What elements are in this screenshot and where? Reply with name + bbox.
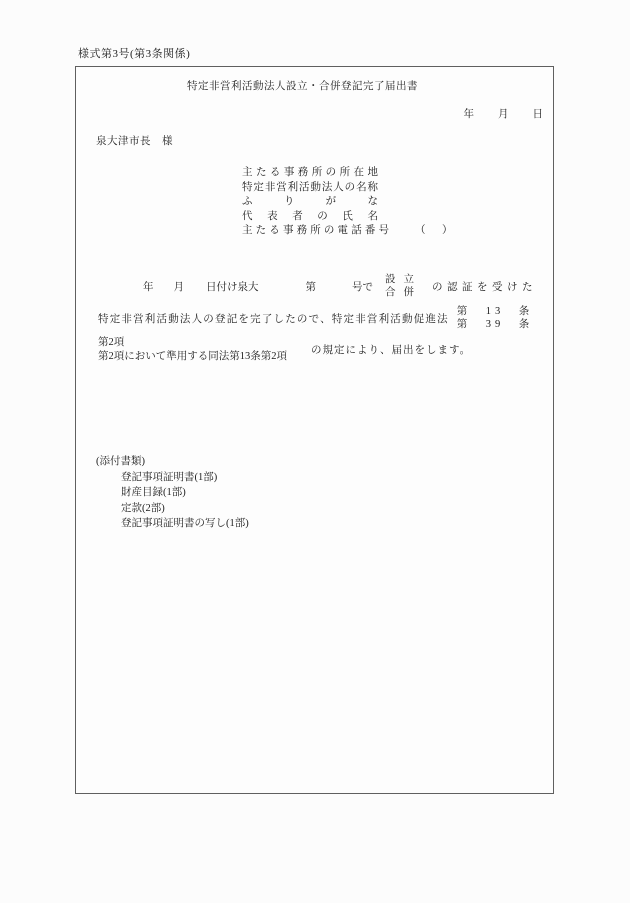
notification-text: の規定により、届出をします。 bbox=[311, 342, 471, 357]
attachment-item-articles: 定款(2部) bbox=[96, 501, 249, 516]
form-number-label: 様式第3号(第3条関係) bbox=[78, 45, 190, 61]
phone-number-label: 主たる事務所の電話番号 bbox=[242, 224, 389, 239]
date-line: 年 月 日 bbox=[464, 106, 544, 121]
phone-number-row: 主たる事務所の電話番号（ ） bbox=[242, 224, 456, 239]
clause-choice: 第2項 第2項において準用する同法第13条第2項 bbox=[98, 336, 287, 363]
office-address-row: 主たる事務所の所在地 bbox=[242, 166, 456, 181]
office-address-label: 主たる事務所の所在地 bbox=[242, 166, 378, 181]
date-month-label: 月 bbox=[498, 106, 509, 121]
corporation-name-row: 特定非営利活動法人の名称 bbox=[242, 181, 456, 196]
form-border-box: 特定非営利活動法人設立・合併登記完了届出書 年 月 日 泉大津市長 様 主たる事… bbox=[75, 66, 554, 794]
attachments-section: (添付書類) 登記事項証明書(1部) 財産目録(1部) 定款(2部) 登記事項証… bbox=[96, 454, 249, 532]
registration-completed-text: 特定非営利活動法人の登記を完了したので、特定非営利活動促進法 bbox=[98, 311, 449, 326]
establish-option: 設立 bbox=[385, 273, 422, 286]
attachment-item-certificate-copy: 登記事項証明書の写し(1部) bbox=[96, 516, 249, 531]
attachment-item-certificate: 登記事項証明書(1部) bbox=[96, 470, 249, 485]
article-13-option: 第 13 条 bbox=[457, 305, 534, 318]
cert-doc-no-label: 号で bbox=[352, 279, 373, 294]
article-39-option: 第 39 条 bbox=[457, 318, 534, 331]
addressee-mayor: 泉大津市長 様 bbox=[96, 133, 173, 148]
cert-month-label: 月 bbox=[174, 279, 185, 294]
cert-date-prefix: 日付け泉大 bbox=[206, 279, 259, 294]
representative-name-label: 代表者の氏名 bbox=[242, 210, 378, 225]
notification-line: 第2項 第2項において準用する同法第13条第2項 の規定により、届出をします。 bbox=[76, 336, 553, 363]
date-year-label: 年 bbox=[464, 106, 475, 121]
date-day-label: 日 bbox=[533, 106, 544, 121]
paragraph-2-mutatis-option: 第2項において準用する同法第13条第2項 bbox=[98, 350, 287, 364]
cert-doc-dai-label: 第 bbox=[306, 279, 317, 294]
corporation-name-label: 特定非営利活動法人の名称 bbox=[242, 181, 378, 196]
article-choice: 第 13 条 第 39 条 bbox=[457, 305, 534, 331]
furigana-row: ふりがな bbox=[242, 195, 456, 210]
merge-option: 合併 bbox=[385, 286, 422, 299]
registration-completed-line: 特定非営利活動法人の登記を完了したので、特定非営利活動促進法 第 13 条 第 … bbox=[76, 305, 553, 331]
attachment-item-inventory: 財産目録(1部) bbox=[96, 485, 249, 500]
attachments-heading: (添付書類) bbox=[96, 454, 249, 470]
phone-parentheses: （ ） bbox=[415, 225, 456, 236]
paragraph-2-option: 第2項 bbox=[98, 336, 287, 350]
establish-merge-choice: 設立 合併 bbox=[385, 273, 422, 299]
furigana-label: ふりがな bbox=[242, 195, 378, 210]
document-page: 様式第3号(第3条関係) 特定非営利活動法人設立・合併登記完了届出書 年 月 日… bbox=[0, 0, 630, 903]
cert-year-label: 年 bbox=[143, 279, 154, 294]
form-title: 特定非営利活動法人設立・合併登記完了届出書 bbox=[76, 78, 529, 93]
cert-received-text: の認証を受けた bbox=[432, 279, 537, 294]
applicant-block: 主たる事務所の所在地 特定非営利活動法人の名称 ふりがな 代表者の氏名 主たる事… bbox=[242, 166, 456, 239]
certification-line: 年 月 日付け泉大 第 号で 設立 合併 の認証を受けた bbox=[76, 273, 553, 299]
representative-name-row: 代表者の氏名 bbox=[242, 210, 456, 225]
